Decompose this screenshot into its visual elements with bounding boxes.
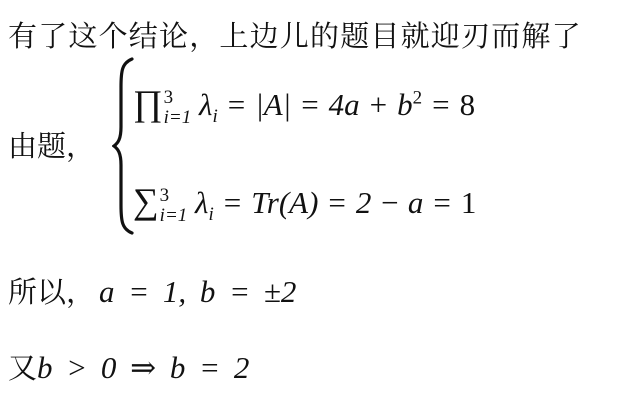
term-b: b [397,87,413,122]
left-brace-icon [112,57,134,235]
lambda-term: λ [199,87,212,122]
trace: Tr(A) [251,185,318,220]
final-line: 又b > 0 ⇒ b = 2 [8,346,249,387]
product-lower-limit: i=1 [164,108,192,128]
term-4a: 4a [329,87,360,122]
intro-text: 有了这个结论，上边儿的题目就迎刃而解了 [8,14,582,55]
two-minus-a: 2 − a [356,185,423,220]
conclusion-math: a = 1, b = ±2 [99,274,296,309]
sum-operator: ∑ [133,181,159,221]
sum-equation: ∑3i=1 λi=Tr(A)=2 − a=1 [133,180,476,226]
conclusion-label: 所以， [8,275,95,309]
product-result: 8 [460,87,476,122]
lambda-subscript: i [212,106,217,127]
product-upper-limit: 3 [164,88,192,108]
sum-lower-limit: i=1 [160,206,188,226]
lambda-subscript: i [208,204,213,225]
product-equation: ∏3i=1 λi=|A|=4a+b2=8 [133,82,475,128]
conclusion-line: 所以，a = 1, b = ±2 [8,270,296,311]
sum-result: 1 [461,185,477,220]
final-math: b > 0 ⇒ b = 2 [37,350,249,385]
sum-upper-limit: 3 [160,186,188,206]
determinant: |A| [255,87,291,122]
plus-sign: + [360,87,397,122]
final-label: 又 [8,351,37,385]
lambda-term: λ [195,185,208,220]
exponent: 2 [413,88,423,109]
product-operator: ∏ [133,83,163,123]
given-label: 由题， [8,124,95,165]
